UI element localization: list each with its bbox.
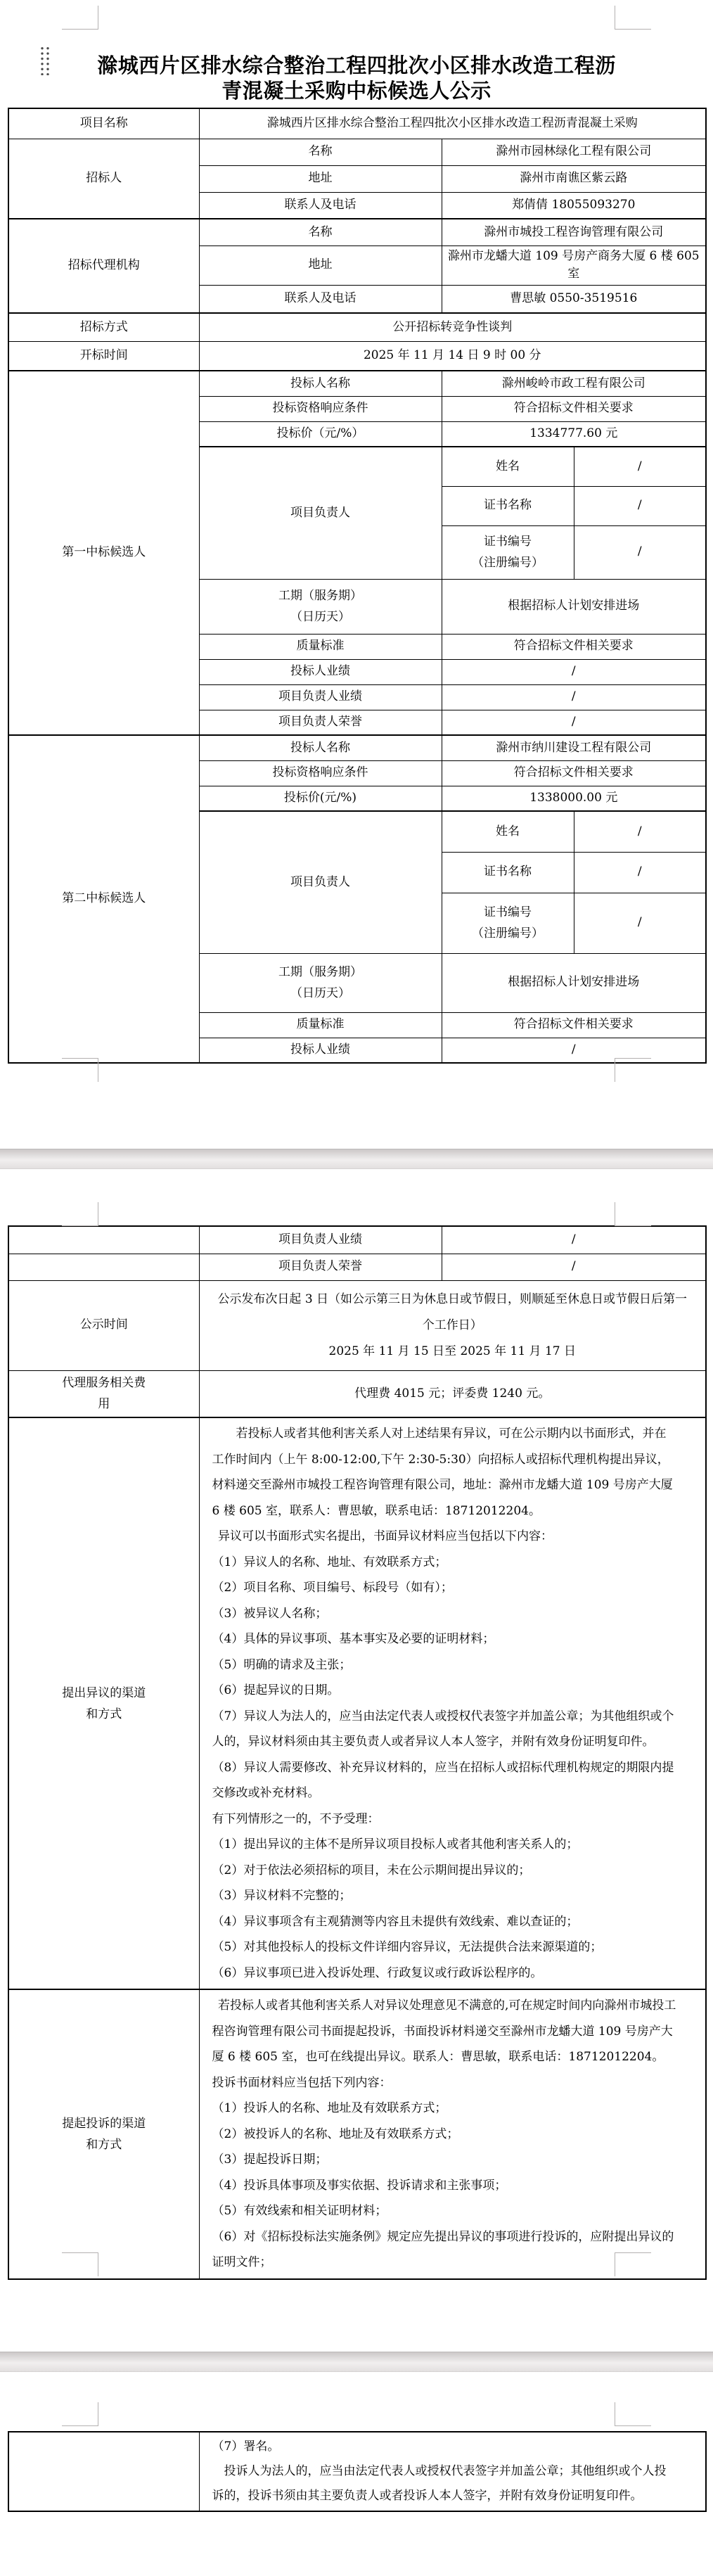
- table-row: 招标代理机构 名称 滁州市城投工程咨询管理有限公司: [8, 219, 706, 246]
- c1-duration-label-line2: （日历天）: [204, 606, 437, 627]
- margin-mark-top-left: [62, 1202, 98, 1226]
- margin-mark-bottom-right: [615, 1058, 651, 1082]
- c1-cert-no-label-line2: （注册编号）: [447, 552, 570, 573]
- complaint-paragraph: （5）有效线索和相关证明材料；: [212, 2198, 678, 2224]
- complaint-channel-label-line1: 提起投诉的渠道: [13, 2113, 195, 2134]
- c2-section-label: 第二中标候选人: [8, 735, 199, 1063]
- objection-paragraph: （3）异议材料不完整的；: [212, 1883, 678, 1909]
- empty-section-cell: [8, 1254, 199, 1280]
- c1-bidder-perf-value: /: [442, 659, 706, 684]
- c2-qualification-label: 投标资格响应条件: [199, 760, 442, 786]
- table-row: 第一中标候选人 投标人名称 滁州峻岭市政工程有限公司: [8, 371, 706, 396]
- c1-quality-label: 质量标准: [199, 634, 442, 659]
- publicity-time-range: 2025 年 11 月 15 日至 2025 年 11 月 17 日: [214, 1339, 692, 1365]
- c1-bidder-value: 滁州峻岭市政工程有限公司: [442, 371, 706, 396]
- tenderer-name-value: 滁州市园林绿化工程有限公司: [442, 139, 706, 165]
- objection-paragraph: 有下列情形之一的，不予受理：: [212, 1806, 678, 1832]
- agency-contact-value: 曹思敏 0550-3519516: [442, 285, 706, 313]
- project-name-label: 项目名称: [8, 108, 199, 139]
- objection-paragraph: （5）明确的请求及主张；: [212, 1652, 678, 1678]
- c2-pm-perf-label: 项目负责人业绩: [199, 1226, 442, 1254]
- complaint-paragraph: （6）对《招标投标法实施条例》规定应先提出异议的事项进行投诉的，应附提出异议的证…: [212, 2224, 678, 2276]
- page-divider: [0, 1149, 713, 1169]
- table-row: 项目名称 滁城西片区排水综合整治工程四批次小区排水改造工程沥青混凝土采购: [8, 108, 706, 139]
- objection-paragraph: （6）提起异议的日期。: [212, 1678, 678, 1704]
- objection-paragraph: （6）异议事项已进入投诉处理、行政复议或行政诉讼程序的。: [212, 1960, 678, 1987]
- c2-bidder-value: 滁州市纳川建设工程有限公司: [442, 735, 706, 760]
- c2-duration-label: 工期（服务期） （日历天）: [199, 953, 442, 1012]
- c1-section-label: 第一中标候选人: [8, 371, 199, 735]
- objection-paragraph: （5）对其他投标人的投标文件详细内容异议，无法提供合法来源渠道的；: [212, 1934, 678, 1960]
- complaint-paragraph: 若投标人或者其他利害关系人对异议处理意见不满意的,可在规定时间内向滁州市城投工程…: [212, 1993, 678, 2070]
- objection-paragraph: （4）具体的异议事项、基本事实及必要的证明材料；: [212, 1626, 678, 1652]
- page-divider: [0, 2352, 713, 2372]
- margin-mark-bottom-right: [615, 2252, 651, 2276]
- bid-method-label: 招标方式: [8, 313, 199, 341]
- c1-pm-name-value: /: [574, 447, 706, 486]
- c1-qualification-label: 投标资格响应条件: [199, 396, 442, 421]
- c2-cert-name-value: /: [574, 852, 706, 893]
- c1-cert-no-label-line1: 证书编号: [447, 531, 570, 552]
- agency-name-value: 滁州市城投工程咨询管理有限公司: [442, 219, 706, 246]
- agency-fee-label: 代理服务相关费 用: [8, 1370, 199, 1417]
- c1-duration-label: 工期（服务期） （日历天）: [199, 579, 442, 634]
- c2-price-label: 投标价(元/%): [199, 786, 442, 811]
- c2-duration-value: 根据招标人计划安排进场: [442, 953, 706, 1012]
- empty-section-cell: [8, 2432, 199, 2511]
- document-page-3: （7）署名。 投诉人为法人的，应当由法定代表人或授权代表签字并加盖公章；其他组织…: [0, 2372, 713, 2576]
- c1-pm-label: 项目负责人: [199, 447, 442, 579]
- c2-bidder-perf-value: /: [442, 1038, 706, 1063]
- publicity-time-label: 公示时间: [8, 1280, 199, 1370]
- c1-cert-no-label: 证书编号 （注册编号）: [442, 525, 574, 579]
- c1-price-label: 投标价（元/%）: [199, 421, 442, 447]
- table-row: 招标人 名称 滁州市园林绿化工程有限公司: [8, 139, 706, 165]
- complaint-channel-label-line2: 和方式: [13, 2134, 195, 2155]
- complaint-paragraph: （3）提起投诉日期；: [212, 2147, 678, 2173]
- agency-name-label: 名称: [199, 219, 442, 246]
- margin-mark-top-right: [615, 2402, 651, 2426]
- c1-cert-no-value: /: [574, 525, 706, 579]
- objection-channel-label-line2: 和方式: [13, 1704, 195, 1725]
- agency-fee-label-line1: 代理服务相关费: [13, 1372, 195, 1394]
- c2-price-value: 1338000.00 元: [442, 786, 706, 811]
- objection-paragraph: （1）异议人的名称、地址、有效联系方式；: [212, 1550, 678, 1576]
- c2-pm-name-label: 姓名: [442, 811, 574, 852]
- table-row: 第二中标候选人 投标人名称 滁州市纳川建设工程有限公司: [8, 735, 706, 760]
- c2-cert-no-label-line2: （注册编号）: [447, 923, 570, 944]
- complaint-paragraph: 投诉人为法人的，应当由法定代表人或授权代表签字并加盖公章；其他组织或个人投诉的，…: [212, 2459, 678, 2508]
- margin-mark-bottom-left: [62, 1058, 98, 1082]
- main-info-table: 项目名称 滁城西片区排水综合整治工程四批次小区排水改造工程沥青混凝土采购 招标人…: [8, 108, 707, 1064]
- c1-qualification-value: 符合招标文件相关要求: [442, 396, 706, 421]
- tenderer-address-label: 地址: [199, 165, 442, 192]
- empty-section-cell: [8, 1226, 199, 1254]
- c2-bidder-perf-label: 投标人业绩: [199, 1038, 442, 1063]
- c1-cert-name-value: /: [574, 486, 706, 525]
- objection-paragraph: （8）异议人需要修改、补充异议材料的，应当在招标人或招标代理机构规定的期限内提交…: [212, 1755, 678, 1806]
- table-row: 公示时间 公示发布次日起 3 日（如公示第三日为休息日或节假日，则顺延至休息日或…: [8, 1280, 706, 1370]
- c2-pm-honor-label: 项目负责人荣誉: [199, 1254, 442, 1280]
- c2-quality-value: 符合招标文件相关要求: [442, 1012, 706, 1038]
- tenderer-contact-value: 郑倩倩 18055093270: [442, 192, 706, 219]
- c1-bidder-perf-label: 投标人业绩: [199, 659, 442, 684]
- objection-paragraph: （4）异议事项含有主观猜测等内容且未提供有效线索、难以查证的；: [212, 1909, 678, 1935]
- complaint-channel-content: 若投标人或者其他利害关系人对异议处理意见不满意的,可在规定时间内向滁州市城投工程…: [199, 1989, 706, 2279]
- continuation-table: 项目负责人业绩 / 项目负责人荣誉 / 公示时间 公示发布次日起 3 日（如公示…: [8, 1225, 707, 2280]
- c1-pm-honor-value: /: [442, 710, 706, 735]
- objection-paragraph: （2）项目名称、项目编号、标段号（如有）；: [212, 1575, 678, 1601]
- objection-paragraph: 若投标人或者其他利害关系人对上述结果有异议，可在公示期内以书面形式，并在工作时间…: [212, 1421, 678, 1524]
- table-row: 代理服务相关费 用 代理费 4015 元；评委费 1240 元。: [8, 1370, 706, 1417]
- margin-mark-top-left: [62, 2402, 98, 2426]
- bid-method-value: 公开招标转竞争性谈判: [199, 313, 706, 341]
- table-row: 项目负责人荣誉 /: [8, 1254, 706, 1280]
- margin-mark-bottom-left: [62, 2252, 98, 2276]
- c1-duration-label-line1: 工期（服务期）: [204, 585, 437, 606]
- c1-cert-name-label: 证书名称: [442, 486, 574, 525]
- c2-pm-honor-value: /: [442, 1254, 706, 1280]
- margin-mark-top-left: [62, 6, 98, 30]
- tenderer-label: 招标人: [8, 139, 199, 219]
- complaint-paragraph: 投诉书面材料应当包括下列内容：: [212, 2070, 678, 2096]
- objection-channel-label: 提出异议的渠道 和方式: [8, 1417, 199, 1989]
- agency-fee-value: 代理费 4015 元；评委费 1240 元。: [199, 1370, 706, 1417]
- margin-mark-top-right: [615, 1202, 651, 1226]
- objection-paragraph: （2）对于依法必须招标的项目，未在公示期间提出异议的；: [212, 1858, 678, 1884]
- c1-pm-name-label: 姓名: [442, 447, 574, 486]
- document-page-1: 滁城西片区排水综合整治工程四批次小区排水改造工程沥青混凝土采购中标候选人公示 项…: [0, 0, 713, 1149]
- c2-pm-label: 项目负责人: [199, 811, 442, 953]
- complaint-channel-content-continued: （7）署名。 投诉人为法人的，应当由法定代表人或授权代表签字并加盖公章；其他组织…: [199, 2432, 706, 2511]
- table-row: 提起投诉的渠道 和方式 若投标人或者其他利害关系人对异议处理意见不满意的,可在规…: [8, 1989, 706, 2279]
- open-time-label: 开标时间: [8, 341, 199, 371]
- table-row: 开标时间 2025 年 11 月 14 日 9 时 00 分: [8, 341, 706, 371]
- objection-paragraph: （3）被异议人名称；: [212, 1601, 678, 1627]
- objection-paragraph: （7）异议人为法人的，应当由法定代表人或授权代表签字并加盖公章；为其他组织或个人…: [212, 1704, 678, 1755]
- drag-handle-icon[interactable]: [39, 45, 49, 75]
- tenderer-contact-label: 联系人及电话: [199, 192, 442, 219]
- objection-paragraph: 异议可以书面形式实名提出，书面异议材料应当包括以下内容：: [212, 1524, 678, 1550]
- c1-duration-value: 根据招标人计划安排进场: [442, 579, 706, 634]
- c1-bidder-label: 投标人名称: [199, 371, 442, 396]
- complaint-channel-label: 提起投诉的渠道 和方式: [8, 1989, 199, 2279]
- agency-contact-label: 联系人及电话: [199, 285, 442, 313]
- c2-duration-label-line1: 工期（服务期）: [204, 962, 437, 983]
- c2-bidder-label: 投标人名称: [199, 735, 442, 760]
- continuation-table-2: （7）署名。 投诉人为法人的，应当由法定代表人或授权代表签字并加盖公章；其他组织…: [8, 2431, 707, 2512]
- c2-duration-label-line2: （日历天）: [204, 983, 437, 1004]
- margin-mark-top-right: [615, 6, 651, 30]
- c1-quality-value: 符合招标文件相关要求: [442, 634, 706, 659]
- open-time-value: 2025 年 11 月 14 日 9 时 00 分: [199, 341, 706, 371]
- c2-qualification-value: 符合招标文件相关要求: [442, 760, 706, 786]
- c1-pm-honor-label: 项目负责人荣誉: [199, 710, 442, 735]
- c1-price-value: 1334777.60 元: [442, 421, 706, 447]
- agency-label: 招标代理机构: [8, 219, 199, 313]
- c2-cert-no-label: 证书编号 （注册编号）: [442, 893, 574, 953]
- tenderer-name-label: 名称: [199, 139, 442, 165]
- complaint-paragraph: （7）署名。: [212, 2435, 678, 2459]
- table-row: （7）署名。 投诉人为法人的，应当由法定代表人或授权代表签字并加盖公章；其他组织…: [8, 2432, 706, 2511]
- agency-address-value: 滁州市龙蟠大道 109 号房产商务大厦 6 楼 605 室: [442, 246, 706, 285]
- complaint-paragraph: （1）投诉人的名称、地址及有效联系方式；: [212, 2096, 678, 2122]
- table-row: 提出异议的渠道 和方式 若投标人或者其他利害关系人对上述结果有异议，可在公示期内…: [8, 1417, 706, 1989]
- c1-pm-perf-label: 项目负责人业绩: [199, 684, 442, 710]
- c1-pm-perf-value: /: [442, 684, 706, 710]
- publicity-time-text: 公示发布次日起 3 日（如公示第三日为休息日或节假日，则顺延至休息日或节假日后第…: [214, 1287, 692, 1339]
- c2-cert-no-value: /: [574, 893, 706, 953]
- objection-channel-label-line1: 提出异议的渠道: [13, 1683, 195, 1704]
- agency-fee-label-line2: 用: [13, 1394, 195, 1415]
- c2-pm-perf-value: /: [442, 1226, 706, 1254]
- c2-quality-label: 质量标准: [199, 1012, 442, 1038]
- table-row: 招标方式 公开招标转竞争性谈判: [8, 313, 706, 341]
- document-title: 滁城西片区排水综合整治工程四批次小区排水改造工程沥青混凝土采购中标候选人公示: [96, 53, 617, 103]
- publicity-time-value: 公示发布次日起 3 日（如公示第三日为休息日或节假日，则顺延至休息日或节假日后第…: [199, 1280, 706, 1370]
- c2-pm-name-value: /: [574, 811, 706, 852]
- agency-address-label: 地址: [199, 246, 442, 285]
- objection-channel-content: 若投标人或者其他利害关系人对上述结果有异议，可在公示期内以书面形式，并在工作时间…: [199, 1417, 706, 1989]
- document-page-2: 项目负责人业绩 / 项目负责人荣誉 / 公示时间 公示发布次日起 3 日（如公示…: [0, 1169, 713, 2352]
- project-name-value: 滁城西片区排水综合整治工程四批次小区排水改造工程沥青混凝土采购: [199, 108, 706, 139]
- c2-cert-name-label: 证书名称: [442, 852, 574, 893]
- table-row: 项目负责人业绩 /: [8, 1226, 706, 1254]
- c2-cert-no-label-line1: 证书编号: [447, 902, 570, 923]
- complaint-paragraph: （2）被投诉人的名称、地址及有效联系方式；: [212, 2122, 678, 2148]
- tenderer-address-value: 滁州市南谯区紫云路: [442, 165, 706, 192]
- complaint-paragraph: （4）投诉具体事项及事实依据、投诉请求和主张事项；: [212, 2173, 678, 2199]
- objection-paragraph: （1）提出异议的主体不是所异议项目投标人或者其他利害关系人的；: [212, 1832, 678, 1858]
